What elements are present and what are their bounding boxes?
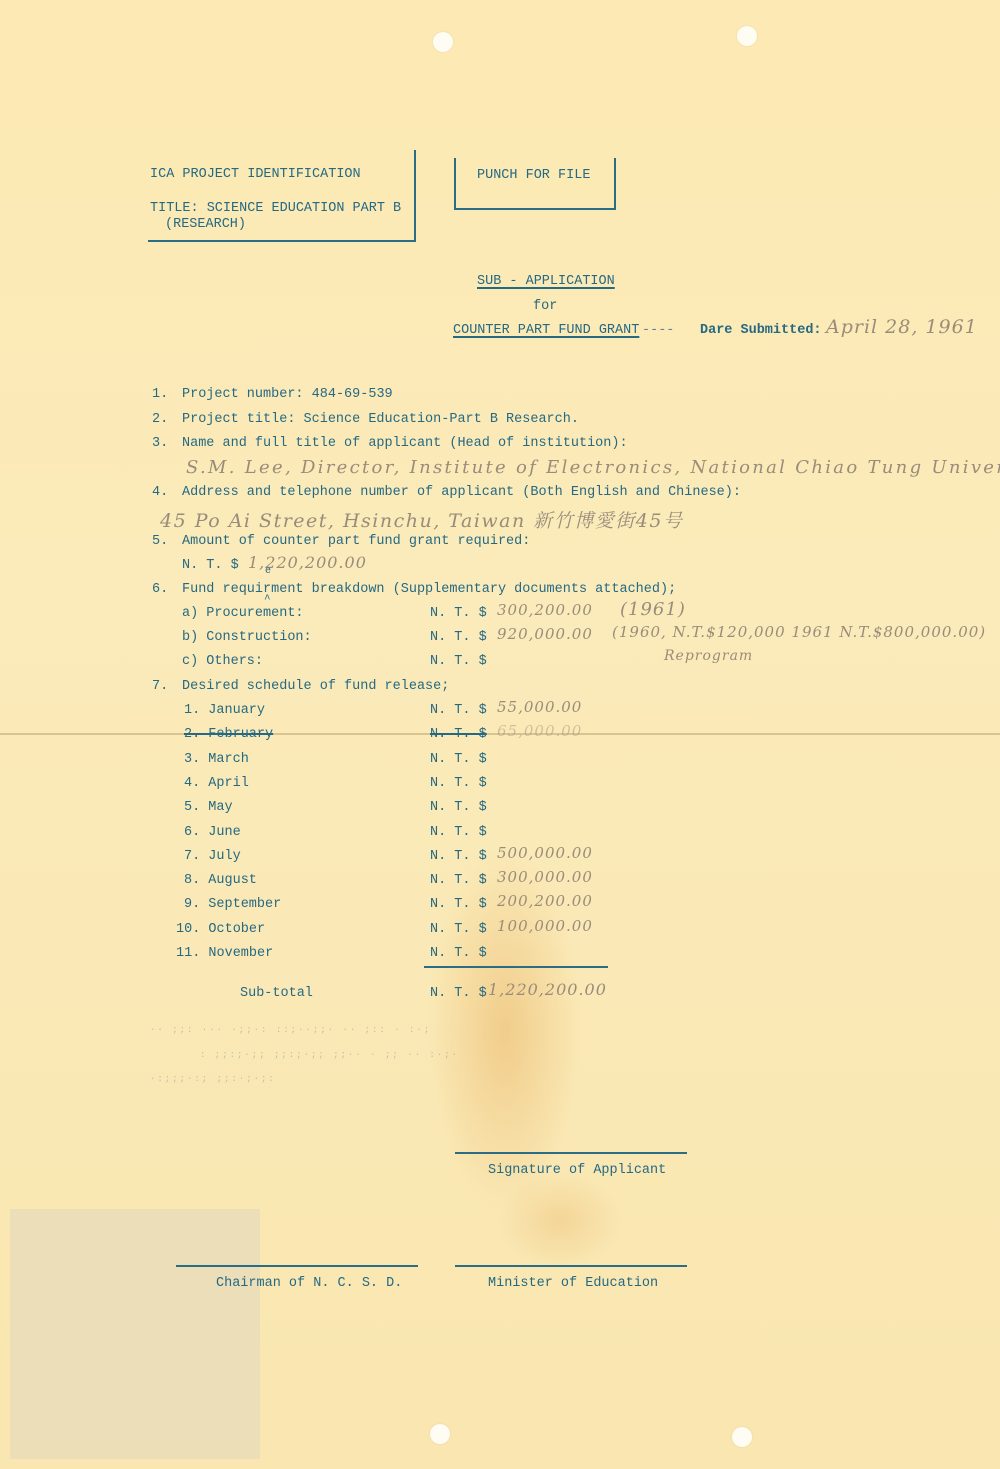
project-number-label-text: Project number: xyxy=(182,387,304,402)
amount-currency: N. T. $ xyxy=(182,558,239,573)
signature-applicant-label: Signature of Applicant xyxy=(488,1163,666,1178)
schedule-row-value: 55,000.00 xyxy=(497,698,582,716)
date-submitted-value: April 28, 1961 xyxy=(826,316,978,338)
schedule-row-currency: N. T. $ xyxy=(430,946,487,961)
project-number-label: Project number: 484-69-539 xyxy=(182,387,393,402)
schedule-row-value: 500,000.00 xyxy=(497,844,593,862)
caret-mark: ^ xyxy=(264,594,271,606)
signature-line-applicant xyxy=(455,1152,687,1154)
item-number: 6. xyxy=(152,582,168,597)
item-number: 2. xyxy=(152,412,168,427)
punch-for-file-box xyxy=(454,158,616,210)
breakdown-label: Fund requirment breakdown (Supplementary… xyxy=(182,582,676,597)
breakdown-row-note-2: Reprogram xyxy=(664,648,753,664)
schedule-row-label: 9. September xyxy=(184,897,281,912)
project-title-label: Project title: Science Education-Part B … xyxy=(182,412,579,427)
signature-minister-label: Minister of Education xyxy=(488,1276,658,1291)
schedule-label: Desired schedule of fund release; xyxy=(182,679,449,694)
schedule-row-label: 2. February xyxy=(184,727,273,742)
subtotal-currency: N. T. $ xyxy=(430,986,487,1001)
schedule-row-currency: N. T. $ xyxy=(430,849,487,864)
breakdown-row-value: 920,000.00 xyxy=(497,625,593,643)
schedule-row-label: 3. March xyxy=(184,752,249,767)
signature-line-chairman xyxy=(176,1265,418,1267)
item-number: 4. xyxy=(152,485,168,500)
schedule-row-currency: N. T. $ xyxy=(430,752,487,767)
schedule-row-currency: N. T. $ xyxy=(430,922,487,937)
schedule-row-label: 8. August xyxy=(184,873,257,888)
schedule-row-label: 4. April xyxy=(184,776,249,791)
schedule-row-currency: N. T. $ xyxy=(430,800,487,815)
schedule-row-value: 300,000.00 xyxy=(497,868,593,886)
punch-hole xyxy=(737,26,757,46)
breakdown-row-label: a) Procurement: xyxy=(182,606,304,621)
item-number: 1. xyxy=(152,387,168,402)
breakdown-row-label: b) Construction: xyxy=(182,630,312,645)
schedule-row-value: 65,000.00 xyxy=(497,722,582,740)
breakdown-row-currency: N. T. $ xyxy=(430,606,487,621)
breakdown-row-note: (1961) xyxy=(620,599,686,620)
schedule-row-currency: N. T. $ xyxy=(430,703,487,718)
signature-chairman-label: Chairman of N. C. S. D. xyxy=(216,1276,402,1291)
project-identification-label: ICA PROJECT IDENTIFICATION xyxy=(150,167,361,182)
schedule-row-currency: N. T. $ xyxy=(430,727,487,742)
schedule-row-label: 10. October xyxy=(176,922,265,937)
schedule-row-label: 5. May xyxy=(184,800,233,815)
schedule-row-currency: N. T. $ xyxy=(430,897,487,912)
punch-hole xyxy=(430,1424,450,1444)
applicant-value: S.M. Lee, Director, Institute of Electro… xyxy=(186,457,1000,478)
amount-label: Amount of counter part fund grant requir… xyxy=(182,534,530,549)
insert-mark: e xyxy=(265,566,271,577)
offset-impression: ·:;;;·:; ;;:·;·;: xyxy=(150,1074,276,1084)
form-title-sub-application: SUB - APPLICATION xyxy=(477,274,615,289)
subtotal-rule xyxy=(424,966,608,968)
breakdown-row-note: (1960, N.T.$120,000 1961 N.T.$800,000.00… xyxy=(612,623,986,641)
subtotal-label: Sub-total xyxy=(240,986,313,1001)
schedule-row-currency: N. T. $ xyxy=(430,776,487,791)
item-number: 5. xyxy=(152,534,168,549)
schedule-row-label: 6. June xyxy=(184,825,241,840)
schedule-row-value: 100,000.00 xyxy=(497,917,593,935)
breakdown-row-currency: N. T. $ xyxy=(430,630,487,645)
project-number-value: 484-69-539 xyxy=(312,387,393,402)
schedule-row-currency: N. T. $ xyxy=(430,825,487,840)
breakdown-row-value: 300,200.00 xyxy=(497,601,593,619)
subtotal-value: 1,220,200.00 xyxy=(488,980,607,999)
date-submitted-label: Dare Submitted: xyxy=(700,323,822,338)
schedule-row-currency: N. T. $ xyxy=(430,873,487,888)
offset-impression: : ;;:;·;; ;;:;·;; ;;·· · ;; ·· :·;· xyxy=(200,1050,459,1060)
punch-hole xyxy=(433,32,453,52)
item-number: 7. xyxy=(152,679,168,694)
punch-for-file-label: PUNCH FOR FILE xyxy=(477,168,590,183)
form-title-counterpart: COUNTER PART FUND GRANT xyxy=(453,323,639,338)
punch-hole xyxy=(732,1427,752,1447)
item-number: 3. xyxy=(152,436,168,451)
signature-line-minister xyxy=(455,1265,687,1267)
embossed-seal xyxy=(10,1209,260,1459)
address-label: Address and telephone number of applican… xyxy=(182,485,741,500)
schedule-row-label: 7. July xyxy=(184,849,241,864)
offset-impression: ·· ;;: ··· ·;;·: ::;··;;· ·· ;:: · :·; xyxy=(150,1025,431,1035)
schedule-row-label: 1. January xyxy=(184,703,265,718)
schedule-row-value: 200,200.00 xyxy=(497,892,593,910)
address-value: 45 Po Ai Street, Hsinchu, Taiwan 新竹博愛街45… xyxy=(160,506,683,533)
dash-leader: ---- xyxy=(642,323,674,338)
breakdown-row-currency: N. T. $ xyxy=(430,654,487,669)
schedule-row-label: 11. November xyxy=(176,946,273,961)
project-title-header-2: (RESEARCH) xyxy=(165,217,246,232)
form-title-for: for xyxy=(533,299,557,314)
applicant-label: Name and full title of applicant (Head o… xyxy=(182,436,628,451)
project-title-header: TITLE: SCIENCE EDUCATION PART B xyxy=(150,201,401,216)
breakdown-row-label: c) Others: xyxy=(182,654,263,669)
